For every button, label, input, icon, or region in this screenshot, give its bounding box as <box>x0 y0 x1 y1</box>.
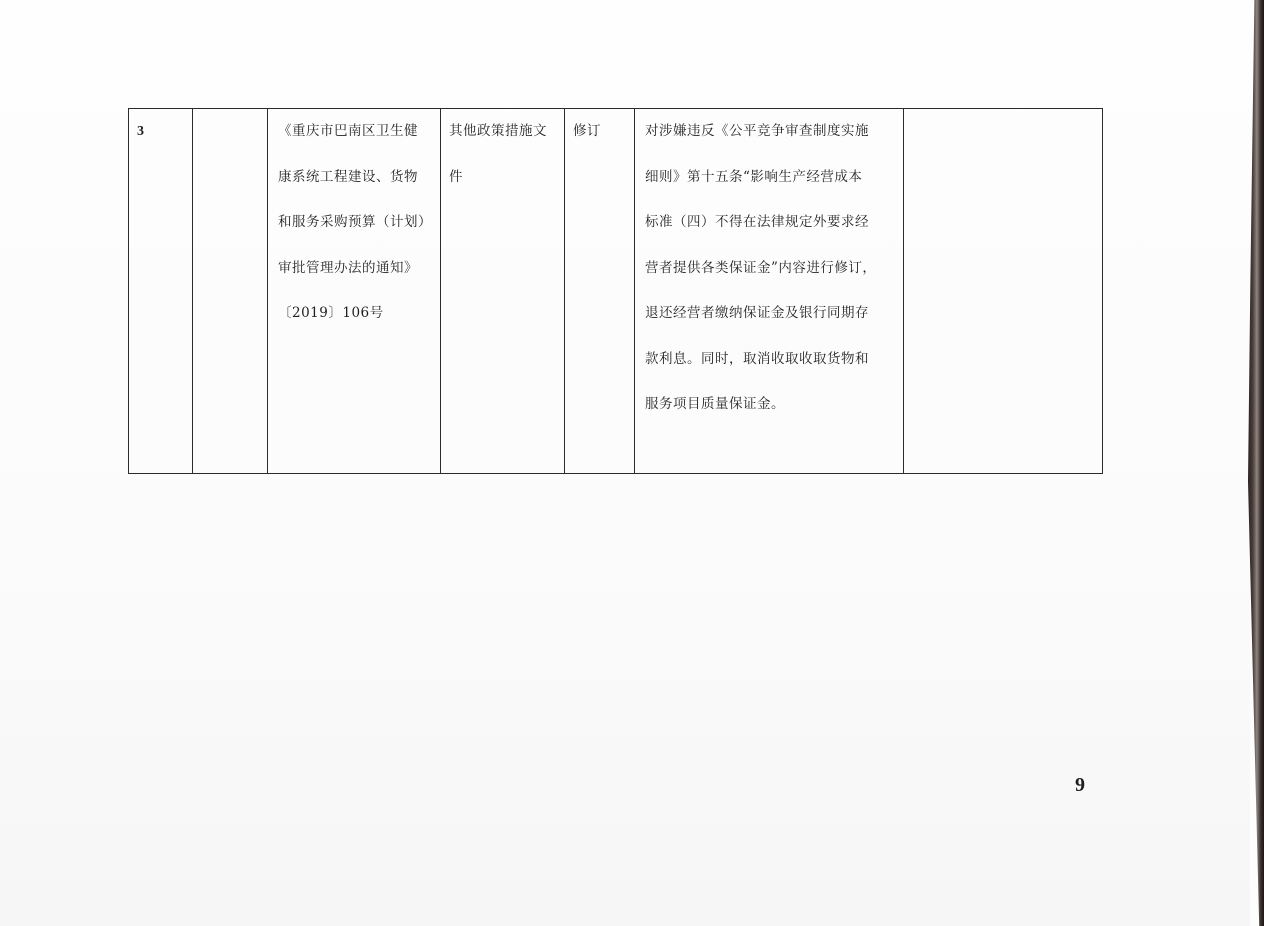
title-line: 审批管理办法的通知》 <box>278 246 432 292</box>
description: 对涉嫌违反《公平竞争审查制度实施 细则》第十五条“影响生产经营成本 标准（四）不… <box>645 109 895 428</box>
policy-review-table: 3 《重庆市巴南区卫生健 康系统工程建设、货物 和服务采购预算（计划） 审批管理… <box>128 108 1103 474</box>
description-line: 对涉嫌违反《公平竞争审查制度实施 <box>645 109 895 155</box>
title-line: 康系统工程建设、货物 <box>278 155 432 201</box>
description-line: 标准（四）不得在法律规定外要求经 <box>645 200 895 246</box>
category-cell: 其他政策措施文 件 <box>441 109 565 474</box>
description-line: 营者提供各类保证金”内容进行修订， <box>645 246 895 292</box>
title-line: 《重庆市巴南区卫生健 <box>278 109 432 155</box>
scanned-page: 3 《重庆市巴南区卫生健 康系统工程建设、货物 和服务采购预算（计划） 审批管理… <box>0 0 1250 926</box>
category: 其他政策措施文 件 <box>449 109 556 200</box>
action-cell: 修订 <box>565 109 635 474</box>
title-line: 和服务采购预算（计划） <box>278 200 432 246</box>
description-line: 退还经营者缴纳保证金及银行同期存 <box>645 291 895 337</box>
description-line: 服务项目质量保证金。 <box>645 382 895 428</box>
empty-cell <box>193 109 268 474</box>
action: 修订 <box>573 109 626 155</box>
category-line: 件 <box>449 155 556 201</box>
background-edge <box>1248 0 1264 926</box>
category-line: 其他政策措施文 <box>449 109 556 155</box>
table-row: 3 《重庆市巴南区卫生健 康系统工程建设、货物 和服务采购预算（计划） 审批管理… <box>129 109 1103 474</box>
page-number: 9 <box>1075 774 1085 797</box>
document-title-cell: 《重庆市巴南区卫生健 康系统工程建设、货物 和服务采购预算（计划） 审批管理办法… <box>268 109 441 474</box>
row-index: 3 <box>137 109 184 155</box>
description-line: 细则》第十五条“影响生产经营成本 <box>645 155 895 201</box>
description-line: 款利息。同时，取消收取收取货物和 <box>645 337 895 383</box>
row-index-cell: 3 <box>129 109 193 474</box>
document-title: 《重庆市巴南区卫生健 康系统工程建设、货物 和服务采购预算（计划） 审批管理办法… <box>278 109 432 337</box>
remarks-cell <box>904 109 1103 474</box>
title-line: 〔2019〕106号 <box>278 291 432 337</box>
description-cell: 对涉嫌违反《公平竞争审查制度实施 细则》第十五条“影响生产经营成本 标准（四）不… <box>635 109 904 474</box>
